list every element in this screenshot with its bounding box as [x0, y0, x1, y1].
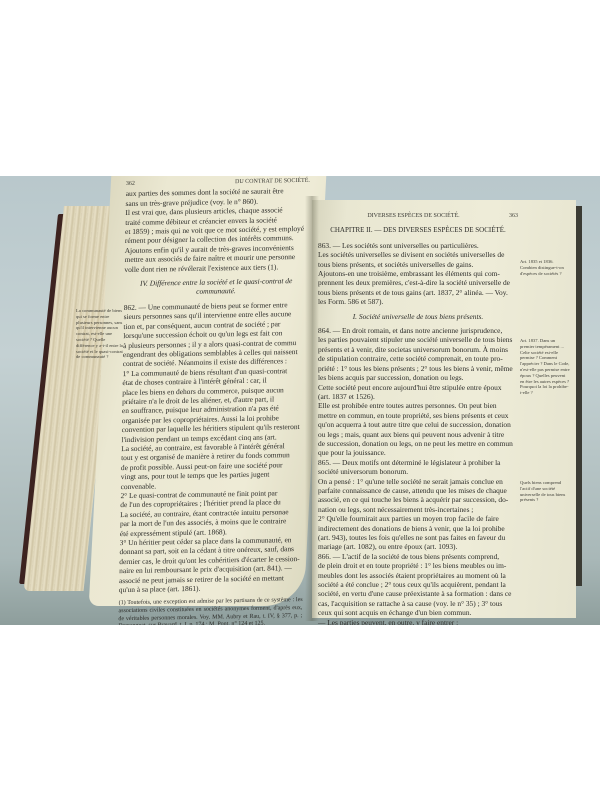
text-line: associé, en ce qui touche les biens à ac…	[318, 495, 518, 504]
text-line: ou legs ; mais, quant aux biens qui peuv…	[318, 430, 518, 439]
text-line: parfaite connaissance de cause, attendu …	[318, 486, 518, 495]
text-line: meubles dont les associés étaient propri…	[318, 571, 518, 580]
text-line: mettre en commun, en toute propriété, se…	[318, 411, 518, 420]
text-line: mariage (art. 1082), ou entre époux (art…	[318, 542, 518, 551]
text-line: société, en vertu d'une cause préexistan…	[318, 589, 518, 598]
text-line: Cette société peut encore aujourd'hui êt…	[318, 383, 518, 392]
left-page-text: 362 DU CONTRAT DE SOCIÉTÉ. aux parties d…	[118, 177, 310, 625]
text-line: que pour la jouissance.	[318, 448, 518, 457]
text-line: société a été conclue ; 2° tous ceux qu'…	[318, 580, 518, 589]
right-page-text: DIVERSES ESPÈCES DE SOCIÉTÉ. 363 CHAPITR…	[318, 212, 518, 625]
text-line: ceux qui sont acquis en échange d'un bie…	[318, 608, 518, 617]
text-line: de stipulation contraire, cette société …	[318, 354, 518, 363]
text-line: 863. — Les sociétés sont universelles ou…	[318, 241, 518, 250]
text-line: indirectement des donations de biens à v…	[318, 524, 518, 533]
left-page-number: 362	[126, 180, 135, 190]
text-line: tous biens présents, et sociétés univers…	[318, 260, 518, 269]
text-line: qu'un à sa place (art. 1861).	[119, 582, 303, 595]
text-line: Elle est prohibée entre toutes autres pe…	[318, 401, 518, 410]
text-line: les biens acquis par succession, donatio…	[318, 373, 518, 382]
text-line: 865. — Deux motifs ont déterminé le légi…	[318, 458, 518, 467]
text-line: présents et à venir, dite societas unive…	[318, 345, 518, 354]
text-line: 2° Qu'elle fournirait aux parties un moy…	[318, 514, 518, 523]
chapter-title: CHAPITRE II. — DES DIVERSES ESPÈCES DE S…	[318, 226, 518, 235]
section-title: I. Société universelle de tous biens pré…	[318, 312, 518, 321]
text-line: On a pensé : 1° qu'une telle société ne …	[318, 477, 518, 486]
left-side-note: La communauté de biens qui se forme entr…	[76, 308, 124, 360]
right-page-number: 363	[509, 212, 518, 221]
book-photo: 362 DU CONTRAT DE SOCIÉTÉ. aux parties d…	[0, 176, 600, 625]
right-running-head: DIVERSES ESPÈCES DE SOCIÉTÉ. 363	[318, 212, 518, 221]
text-line: de succession, donation ou legs, on ne p…	[318, 439, 518, 448]
text-line: société universorum bonorum.	[318, 467, 518, 476]
text-line: cas, l'acquisition se rattache à sa caus…	[318, 599, 518, 608]
right-cover	[576, 206, 582, 586]
text-line: (art. 1837 et 1526).	[318, 392, 518, 401]
text-line: les Form. 586 et 587).	[318, 297, 518, 306]
text-line: 866. — L'actif de la société de tous bie…	[318, 552, 518, 561]
text-line: Les sociétés universelles se divisent en…	[318, 250, 518, 259]
text-line: nation ou legs, sont nécessairement très…	[318, 505, 518, 514]
right-side-note: Quels biens comprend l'actif d'une socié…	[520, 480, 570, 503]
right-side-note: Art. 1837. Dans un premier tempérament .…	[520, 338, 570, 396]
text-line: qu'on acquerra à tout autre titre que ce…	[318, 420, 518, 429]
text-line: Ajoutons-en une troisième, embrassant le…	[318, 269, 518, 278]
text-line: 864. — En droit romain, et dans notre an…	[318, 326, 518, 335]
text-line: les parties pouvaient stipuler une socié…	[318, 335, 518, 344]
text-line: de plein droit et en toute propriété : 1…	[318, 561, 518, 570]
right-side-note: Art. 1835 et 1836. Combien distingue-t-o…	[520, 259, 570, 276]
right-head-title: DIVERSES ESPÈCES DE SOCIÉTÉ.	[318, 212, 509, 221]
text-line: prennent les deux premières, c'est-à-dir…	[318, 278, 518, 287]
text-line: priété : 1° tous les biens présents ; 2°…	[318, 364, 518, 373]
text-line: tous biens présents et de tous gains (ar…	[318, 288, 518, 297]
footnote: (1) Toutefois, une exception est admise …	[118, 597, 303, 625]
text-line: (art. 943), toutes les fois qu'elles ne …	[318, 533, 518, 542]
text-line: — Les parties peuvent, en outre, y faire…	[318, 618, 518, 625]
